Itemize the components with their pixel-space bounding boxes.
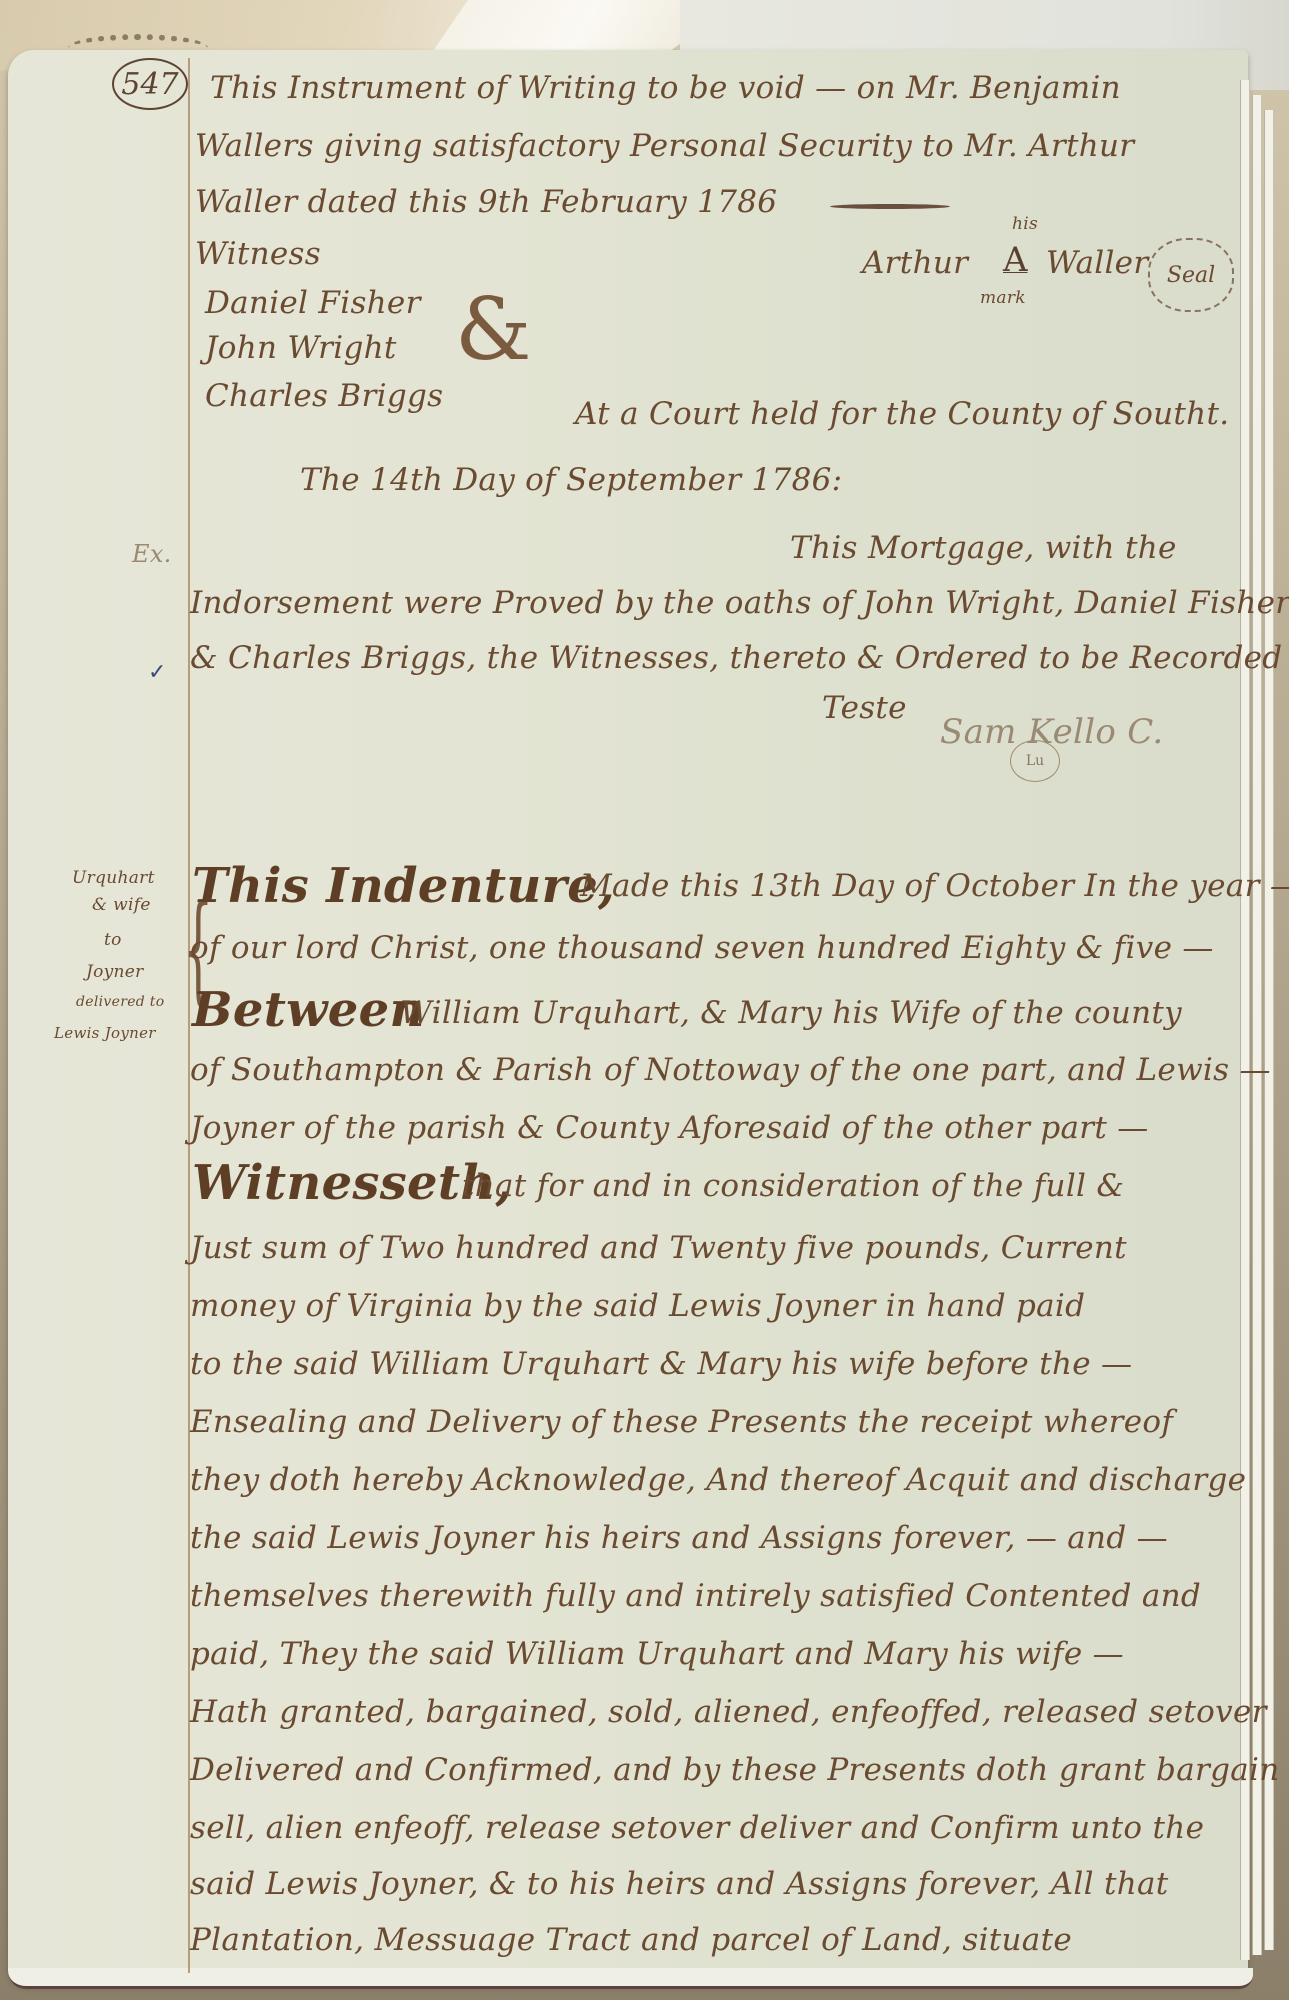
- page-edge-stack: [1240, 80, 1250, 1960]
- court-line-2: The 14th Day of September 1786:: [300, 462, 842, 498]
- indenture-line-1: Made this 13th Day of October In the yea…: [580, 868, 1289, 904]
- seal-icon: Seal: [1148, 238, 1234, 312]
- clerk-initials: Lu: [1010, 740, 1060, 782]
- indenture-body-line: the said Lewis Joyner his heirs and Assi…: [190, 1520, 1168, 1556]
- indenture-body-line: Hath granted, bargained, sold, aliened, …: [190, 1694, 1267, 1730]
- indenture-body-line: themselves therewith fully and intirely …: [190, 1578, 1201, 1614]
- check-mark-icon: ✓: [148, 660, 166, 685]
- witness-heading: Witness: [195, 236, 321, 272]
- indenture-line-3: William Urquhart, & Mary his Wife of the…: [400, 995, 1182, 1031]
- indenture-body-line: Plantation, Messuage Tract and parcel of…: [190, 1922, 1072, 1958]
- indenture-body-line: paid, They the said William Urquhart and…: [190, 1636, 1124, 1672]
- witness-2: John Wright: [205, 330, 397, 366]
- proof-line-3: & Charles Briggs, the Witnesses, thereto…: [190, 640, 1289, 676]
- proof-line-1: This Mortgage, with the: [790, 530, 1177, 566]
- seal-label: Seal: [1167, 263, 1215, 288]
- indenture-line-6: that for and in consideration of the ful…: [462, 1168, 1124, 1204]
- page-bottom-edge: [8, 1968, 1253, 1989]
- witness-1: Daniel Fisher: [205, 285, 421, 321]
- signature-mark-letter: A: [1003, 240, 1028, 280]
- signature-his: his: [1012, 214, 1038, 234]
- page-edge-stack: [1252, 95, 1262, 1955]
- indenture-body-line: Ensealing and Delivery of these Presents…: [190, 1404, 1173, 1440]
- instrument-line-2: Wallers giving satisfactory Personal Sec…: [195, 128, 1134, 164]
- indenture-body-line: they doth hereby Acknowledge, And thereo…: [190, 1462, 1246, 1498]
- margin-note-line-2: & wife: [92, 895, 151, 915]
- indenture-opening-word: This Indenture,: [192, 858, 615, 914]
- margin-note-line-6: Lewis Joyner: [54, 1024, 156, 1042]
- instrument-line-1: This Instrument of Writing to be void — …: [210, 70, 1121, 106]
- indenture-body-line: sell, alien enfeoff, release setover del…: [190, 1810, 1204, 1846]
- signature-mark-label: mark: [980, 288, 1026, 308]
- court-margin-note: Ex.: [132, 540, 172, 568]
- indenture-line-4: of Southampton & Parish of Nottoway of t…: [190, 1052, 1271, 1088]
- court-line-1: At a Court held for the County of Southt…: [575, 396, 1229, 432]
- signature-first-name: Arthur: [862, 245, 968, 281]
- flourish-dash: [830, 204, 950, 209]
- indenture-line-2: of our lord Christ, one thousand seven h…: [190, 930, 1214, 966]
- instrument-line-3: Waller dated this 9th February 1786: [195, 184, 777, 220]
- indenture-body-line: said Lewis Joyner, & to his heirs and As…: [190, 1866, 1169, 1902]
- signature-last-name: Waller: [1046, 245, 1148, 281]
- margin-note-line-5: delivered to: [76, 994, 164, 1010]
- between-word: Between: [192, 982, 425, 1038]
- margin-note-line-3: to: [104, 930, 122, 950]
- proof-line-2: Indorsement were Proved by the oaths of …: [190, 585, 1289, 621]
- indenture-line-5: Joyner of the parish & County Aforesaid …: [190, 1110, 1149, 1146]
- indenture-body-line: Delivered and Confirmed, and by these Pr…: [190, 1752, 1280, 1788]
- teste-label: Teste: [822, 690, 907, 726]
- margin-note-line-4: Joyner: [86, 962, 144, 982]
- indenture-body-line: to the said William Urquhart & Mary his …: [190, 1346, 1132, 1382]
- witness-brace: &: [455, 280, 532, 380]
- indenture-body-line: Just sum of Two hundred and Twenty five …: [190, 1230, 1127, 1266]
- page-number: 547: [112, 58, 188, 110]
- margin-note-line-1: Urquhart: [72, 868, 155, 888]
- indenture-body-line: money of Virginia by the said Lewis Joyn…: [190, 1288, 1085, 1324]
- witness-3: Charles Briggs: [205, 378, 443, 414]
- page-edge-stack: [1264, 110, 1274, 1950]
